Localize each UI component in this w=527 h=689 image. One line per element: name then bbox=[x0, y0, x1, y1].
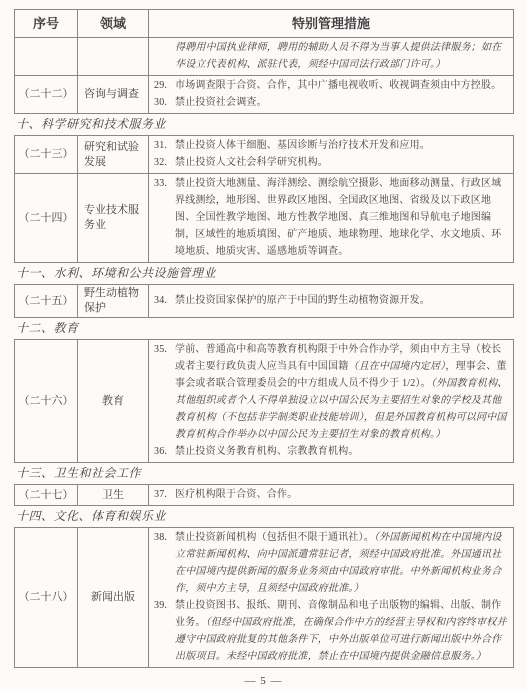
measures-table-segment-2: （二十三） 研究和试验发展 31.禁止投资人体干细胞、基因诊断与治疗技术开发和应… bbox=[14, 135, 514, 263]
measures-cell: 31.禁止投资人体干细胞、基因诊断与治疗技术开发和应用。 32.禁止投资人文社会… bbox=[149, 136, 514, 174]
field-cell: 专业技术服务业 bbox=[78, 174, 149, 263]
table-row-22: （二十二） 咨询与调查 29.市场调查限于合资、合作，其中广播电视收听、收视调查… bbox=[15, 76, 514, 114]
measure-number: 32. bbox=[154, 154, 175, 171]
section-heading-10: 十、科学研究和技术服务业 bbox=[14, 114, 513, 135]
measure-text: 医疗机构限于合资、合作。 bbox=[175, 489, 297, 500]
serial-cell: （二十三） bbox=[15, 136, 78, 174]
measure-text: 市场调查限于合资、合作，其中广播电视收听、收视调查须由中方控股。 bbox=[175, 80, 501, 91]
measure-text: 禁止投资社会调查。 bbox=[175, 97, 267, 108]
measure-item-31: 31.禁止投资人体干细胞、基因诊断与治疗技术开发和应用。 bbox=[154, 137, 508, 154]
measures-cell: 37.医疗机构限于合资、合作。 bbox=[149, 485, 514, 506]
field-cell: 研究和试验发展 bbox=[78, 136, 149, 174]
measure-item-33: 33.禁止投资大地测量、海洋测绘、测绘航空摄影、地面移动测量、行政区域界线测绘，… bbox=[154, 175, 508, 260]
table-row-28: （二十八） 新闻出版 38.禁止投资新闻机构（包括但不限于通讯社）。（外国新闻机… bbox=[15, 528, 514, 668]
measures-table-segment-5: （二十七） 卫生 37.医疗机构限于合资、合作。 bbox=[14, 484, 514, 506]
measure-number: 33. bbox=[154, 175, 175, 192]
table-row-28-continuation: 得聘用中国执业律师，聘用的辅助人员不得为当事人提供法律服务；如在华设立代表机构、… bbox=[15, 38, 514, 76]
document-page: 序号 领域 特别管理措施 得聘用中国执业律师，聘用的辅助人员不得为当事人提供法律… bbox=[14, 9, 513, 687]
measures-cell: 34.禁止投资国家保护的原产于中国的野生动植物资源开发。 bbox=[149, 285, 514, 318]
table-row-24: （二十四） 专业技术服务业 33.禁止投资大地测量、海洋测绘、测绘航空摄影、地面… bbox=[15, 174, 514, 263]
measures-table-segment-6: （二十八） 新闻出版 38.禁止投资新闻机构（包括但不限于通讯社）。（外国新闻机… bbox=[14, 527, 514, 668]
measure-item-36: 36.禁止投资义务教育机构、宗教教育机构。 bbox=[154, 443, 508, 460]
measure-number: 30. bbox=[154, 94, 175, 111]
col-header-measures: 特别管理措施 bbox=[149, 10, 514, 38]
measure-number: 35. bbox=[154, 341, 175, 358]
serial-cell: （二十六） bbox=[15, 340, 78, 463]
measure-text: 学前、普通高中和高等教育机构限于中外合作办学，须由中方主导（校长或者主要行政负责… bbox=[175, 344, 508, 440]
measure-number: 38. bbox=[154, 529, 175, 546]
measures-cell: 29.市场调查限于合资、合作，其中广播电视收听、收视调查须由中方控股。 30.禁… bbox=[149, 76, 514, 114]
measures-table-segment-4: （二十六） 教育 35.学前、普通高中和高等教育机构限于中外合作办学，须由中方主… bbox=[14, 339, 514, 463]
field-cell: 咨询与调查 bbox=[78, 76, 149, 114]
section-heading-13: 十三、卫生和社会工作 bbox=[14, 463, 513, 484]
measure-number: 29. bbox=[154, 77, 175, 94]
measure-text: 禁止投资义务教育机构、宗教教育机构。 bbox=[175, 446, 359, 457]
field-cell: 卫生 bbox=[78, 485, 149, 506]
measures-cell: 得聘用中国执业律师，聘用的辅助人员不得为当事人提供法律服务；如在华设立代表机构、… bbox=[149, 38, 514, 76]
table-row-23: （二十三） 研究和试验发展 31.禁止投资人体干细胞、基因诊断与治疗技术开发和应… bbox=[15, 136, 514, 174]
field-cell: 教育 bbox=[78, 340, 149, 463]
section-heading-14: 十四、文化、体育和娱乐业 bbox=[14, 506, 513, 527]
measure-item-39: 39.禁止投资图书、报纸、期刊、音像制品和电子出版物的编辑、出版、制作业务。（但… bbox=[154, 597, 508, 665]
serial-cell: （二十八） bbox=[15, 528, 78, 668]
section-heading-12: 十二、教育 bbox=[14, 318, 513, 339]
measure-text: 禁止投资新闻机构（包括但不限于通讯社）。（外国新闻机构在中国境内设立常驻新闻机构… bbox=[175, 532, 502, 594]
measure-paragraph-28-continued: 得聘用中国执业律师，聘用的辅助人员不得为当事人提供法律服务；如在华设立代表机构、… bbox=[154, 39, 508, 73]
table-row-26: （二十六） 教育 35.学前、普通高中和高等教育机构限于中外合作办学，须由中方主… bbox=[15, 340, 514, 463]
measure-text: 禁止投资国家保护的原产于中国的野生动植物资源开发。 bbox=[175, 295, 430, 306]
serial-cell: （二十七） bbox=[15, 485, 78, 506]
measure-number: 34. bbox=[154, 292, 175, 309]
field-cell bbox=[78, 38, 149, 76]
measure-text: 禁止投资人体干细胞、基因诊断与治疗技术开发和应用。 bbox=[175, 140, 430, 151]
col-header-field: 领域 bbox=[78, 10, 149, 38]
measures-table-segment-3: （二十五） 野生动植物保护 34.禁止投资国家保护的原产于中国的野生动植物资源开… bbox=[14, 284, 514, 318]
table-row-27: （二十七） 卫生 37.医疗机构限于合资、合作。 bbox=[15, 485, 514, 506]
serial-cell: （二十二） bbox=[15, 76, 78, 114]
measure-item-30: 30.禁止投资社会调查。 bbox=[154, 94, 508, 111]
measures-cell: 38.禁止投资新闻机构（包括但不限于通讯社）。（外国新闻机构在中国境内设立常驻新… bbox=[149, 528, 514, 668]
measure-item-32: 32.禁止投资人文社会科学研究机构。 bbox=[154, 154, 508, 171]
measures-table-segment-1: 序号 领域 特别管理措施 得聘用中国执业律师，聘用的辅助人员不得为当事人提供法律… bbox=[14, 9, 514, 114]
measures-cell: 33.禁止投资大地测量、海洋测绘、测绘航空摄影、地面移动测量、行政区域界线测绘，… bbox=[149, 174, 514, 263]
table-header-row: 序号 领域 特别管理措施 bbox=[15, 10, 514, 38]
measure-item-35: 35.学前、普通高中和高等教育机构限于中外合作办学，须由中方主导（校长或者主要行… bbox=[154, 341, 508, 443]
measure-text: 禁止投资图书、报纸、期刊、音像制品和电子出版物的编辑、出版、制作业务。（但经中国… bbox=[175, 600, 507, 662]
field-cell: 新闻出版 bbox=[78, 528, 149, 668]
serial-cell: （二十四） bbox=[15, 174, 78, 263]
page-number: — 5 — bbox=[14, 675, 513, 687]
measure-number: 37. bbox=[154, 486, 175, 503]
measure-item-34: 34.禁止投资国家保护的原产于中国的野生动植物资源开发。 bbox=[154, 292, 508, 309]
serial-cell: （二十五） bbox=[15, 285, 78, 318]
section-heading-11: 十一、水利、环境和公共设施管理业 bbox=[14, 263, 513, 284]
measures-cell: 35.学前、普通高中和高等教育机构限于中外合作办学，须由中方主导（校长或者主要行… bbox=[149, 340, 514, 463]
col-header-serial: 序号 bbox=[15, 10, 78, 38]
serial-cell bbox=[15, 38, 78, 76]
measure-item-29: 29.市场调查限于合资、合作，其中广播电视收听、收视调查须由中方控股。 bbox=[154, 77, 508, 94]
measure-number: 39. bbox=[154, 597, 175, 614]
table-row-25: （二十五） 野生动植物保护 34.禁止投资国家保护的原产于中国的野生动植物资源开… bbox=[15, 285, 514, 318]
measure-number: 31. bbox=[154, 137, 175, 154]
measure-text: 禁止投资人文社会科学研究机构。 bbox=[175, 157, 328, 168]
measure-text: 禁止投资大地测量、海洋测绘、测绘航空摄影、地面移动测量、行政区域界线测绘，地形图… bbox=[175, 178, 501, 257]
measure-item-37: 37.医疗机构限于合资、合作。 bbox=[154, 486, 508, 503]
measure-number: 36. bbox=[154, 443, 175, 460]
measure-item-38: 38.禁止投资新闻机构（包括但不限于通讯社）。（外国新闻机构在中国境内设立常驻新… bbox=[154, 529, 508, 597]
field-cell: 野生动植物保护 bbox=[78, 285, 149, 318]
